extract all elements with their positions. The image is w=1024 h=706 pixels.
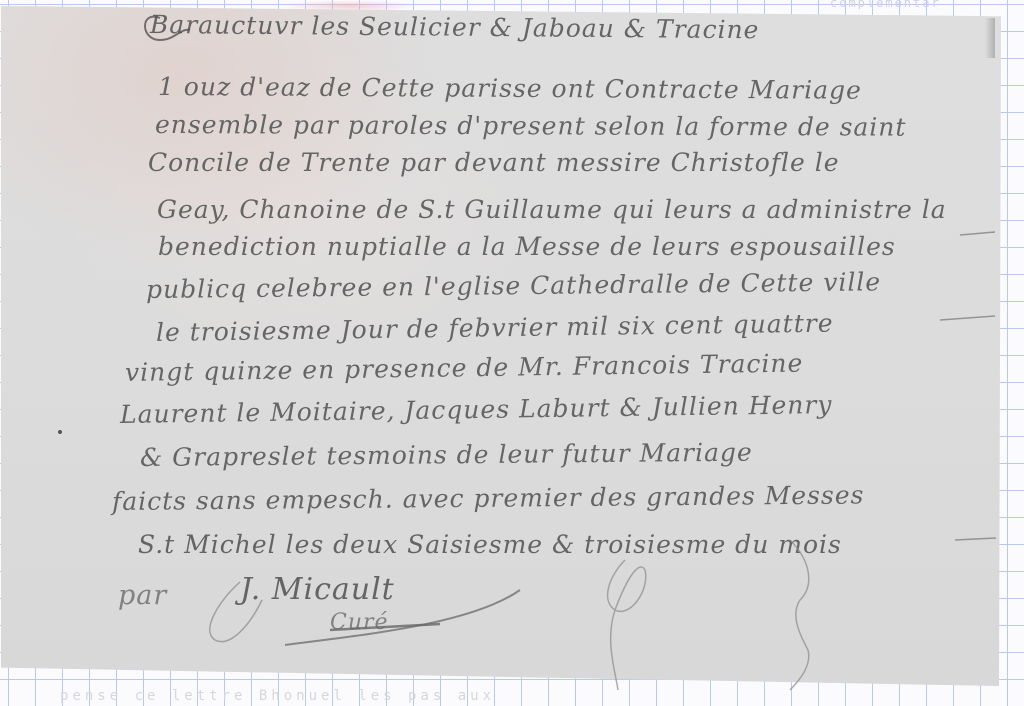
signature-name: J. Micault	[240, 572, 395, 607]
manuscript-line-3: ensemble par paroles d'present selon la …	[155, 110, 907, 142]
manuscript-line-6: benediction nuptialle a la Messe de leur…	[158, 232, 896, 261]
manuscript-line-13: S.t Michel les deux Saisiesme & troisies…	[138, 530, 842, 559]
manuscript-text: Barauctuvr les Seulicier & Jaboau & Trac…	[0, 0, 1024, 706]
signature-prefix: par	[118, 580, 167, 611]
manuscript-line-4: Concile de Trente par devant messire Chr…	[148, 148, 840, 177]
manuscript-line-5: Geay, Chanoine de S.t Guillaume qui leur…	[157, 195, 947, 224]
manuscript-line-7: publicq celebree en l'eglise Cathedralle…	[146, 267, 881, 304]
manuscript-line-12: faicts sans empesch. avec premier des gr…	[112, 480, 865, 516]
manuscript-line-2: 1 ouz d'eaz de Cette parisse ont Contrac…	[158, 72, 862, 105]
manuscript-line-11: & Grapreslet tesmoins de leur futur Mari…	[140, 438, 753, 472]
manuscript-line-8: le troisiesme Jour de febvrier mil six c…	[156, 309, 834, 347]
ink-spot	[58, 430, 62, 434]
manuscript-line-9: vingt quinze en presence de Mr. Francois…	[125, 349, 804, 387]
manuscript-line-1: Barauctuvr les Seulicier & Jaboau & Trac…	[150, 10, 760, 44]
signature-paraph: Curé	[330, 610, 389, 635]
manuscript-line-10: Laurent le Moitaire, Jacques Laburt & Ju…	[120, 390, 833, 429]
